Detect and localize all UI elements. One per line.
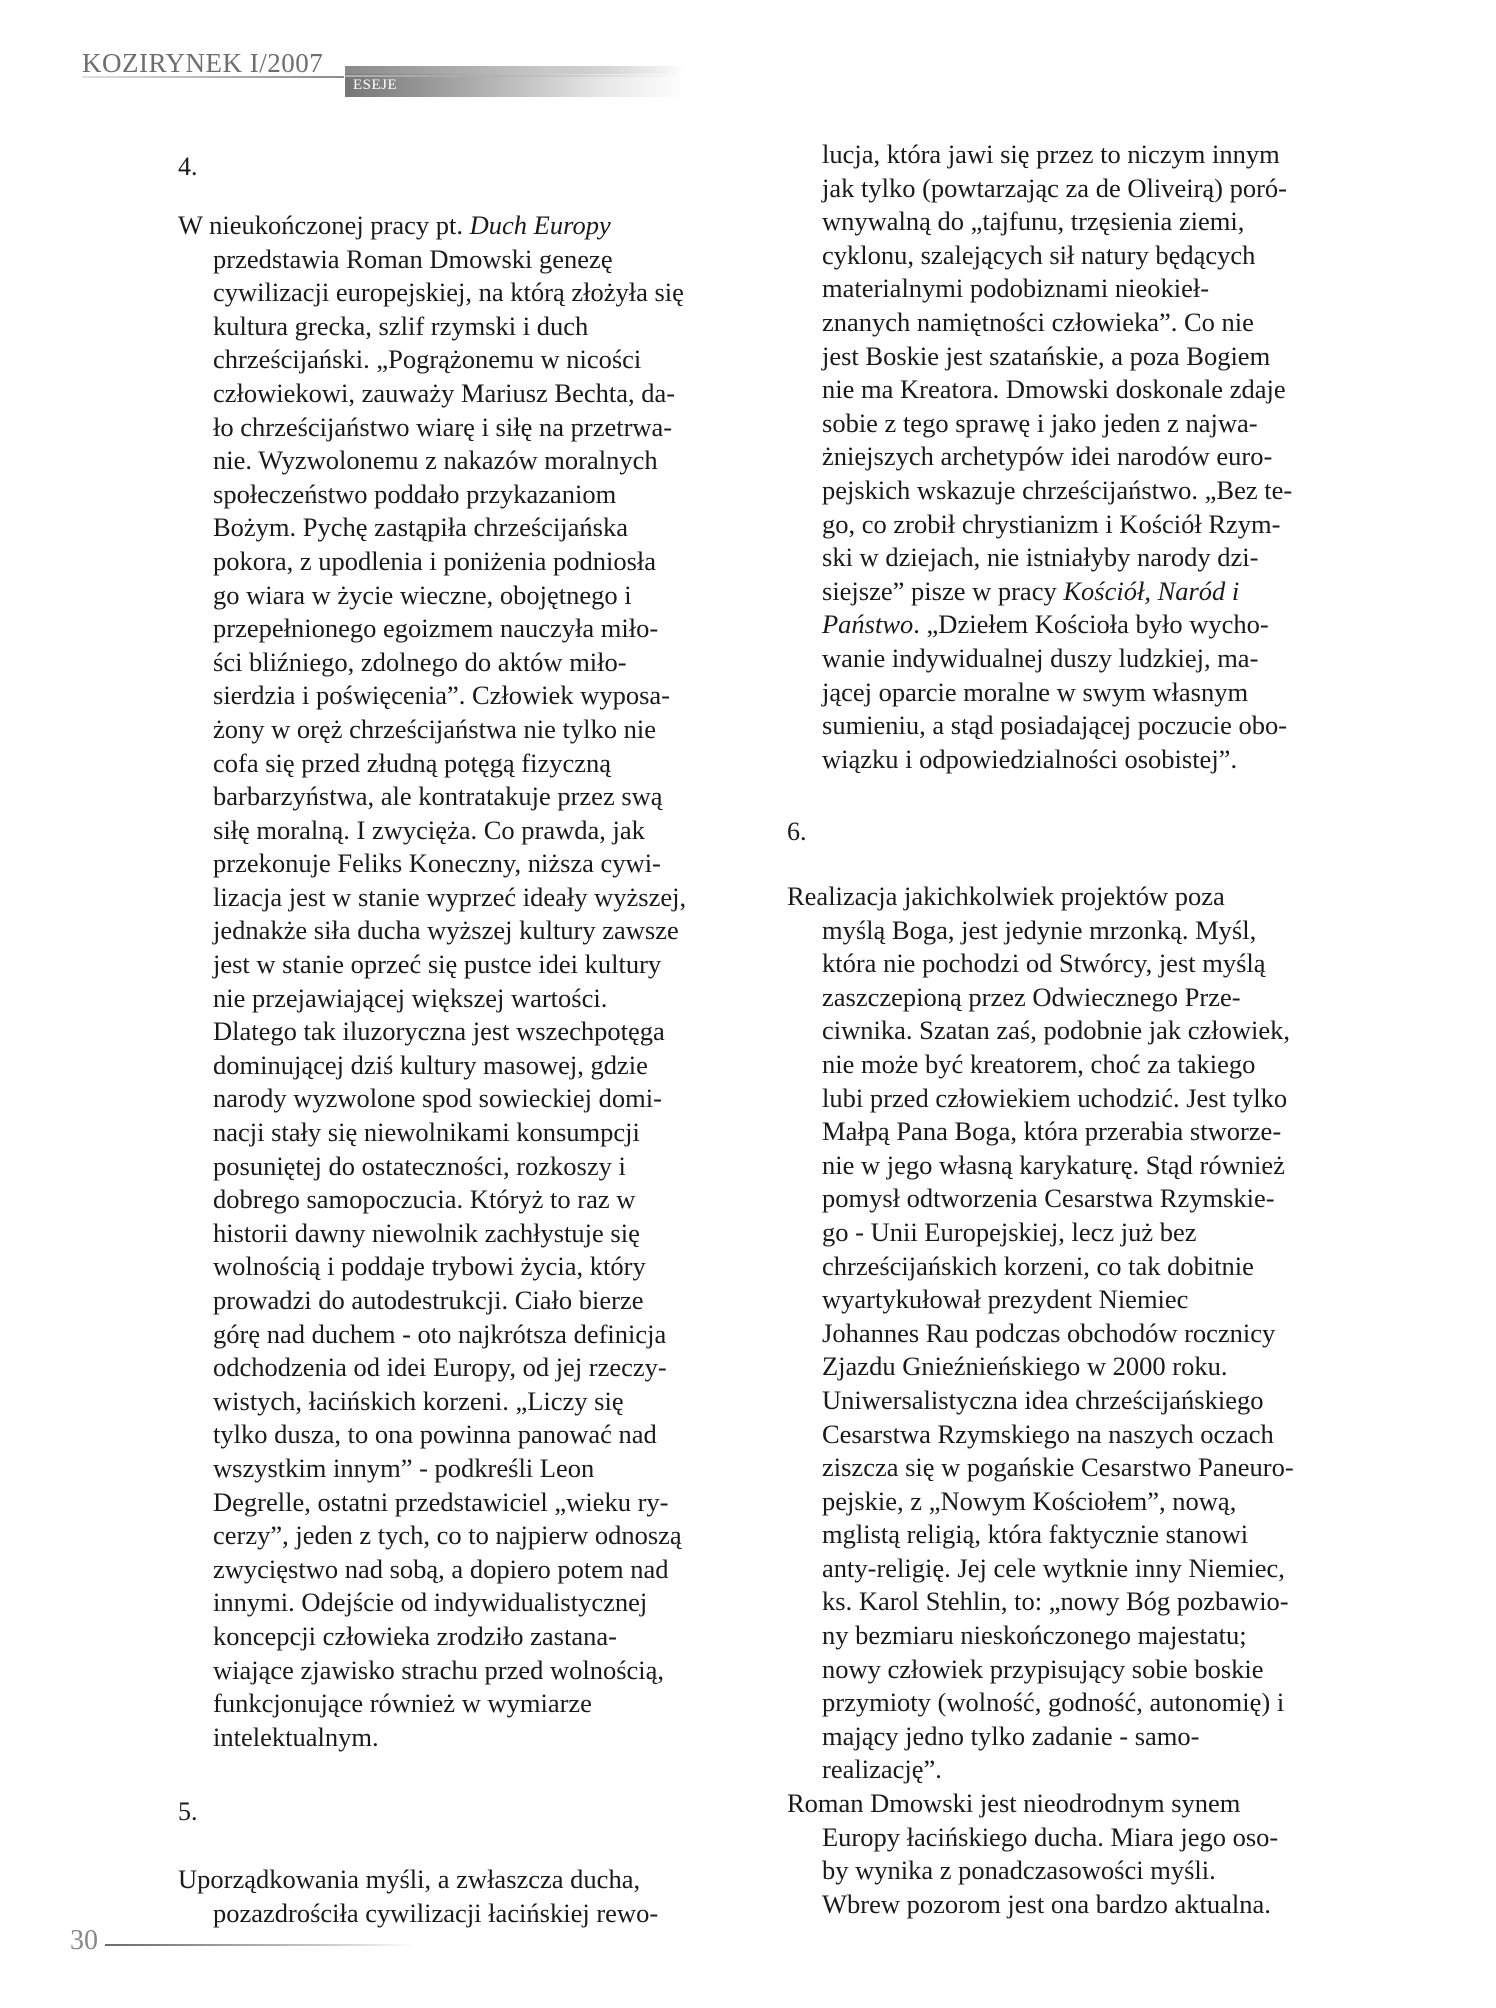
text-line: chrześcijańskich korzeni, co tak dobitni…	[787, 1250, 1294, 1284]
paragraph-dmowski-conclusion: Roman Dmowski jest nieodrodnym synemEuro…	[787, 1787, 1278, 1921]
text-line: wyartykułował prezydent Niemiec	[787, 1283, 1294, 1317]
text-line: Zjazdu Gnieźnieńskiego w 2000 roku.	[787, 1350, 1294, 1384]
paragraph-dmowski-duch-europy: W nieukończonej pracy pt. Duch Europy pr…	[178, 209, 686, 1754]
text-line: Państwo. „Dziełem Kościoła było wycho-	[787, 608, 1292, 642]
text-line: tylko dusza, to ona powinna panować nad	[178, 1418, 686, 1452]
text-line: go, co zrobił chrystianizm i Kościół Rzy…	[787, 508, 1292, 542]
text-line: wistych, łacińskich korzeni. „Liczy się	[178, 1385, 686, 1419]
text-line: nacji stały się niewolnikami konsumpcji	[178, 1116, 686, 1150]
text-line: żony w oręż chrześcijaństwa nie tylko ni…	[178, 713, 686, 747]
section-banner: ESEJE	[345, 66, 685, 97]
text-line: zwycięstwo nad sobą, a dopiero potem nad	[178, 1553, 686, 1587]
text-line: siejsze” pisze w pracy Kościół, Naród i	[787, 575, 1292, 609]
text-line: pejskich wskazuje chrześcijaństwo. „Bez …	[787, 474, 1292, 508]
text-line: sobie z tego sprawę i jako jeden z najwa…	[787, 407, 1292, 441]
text-line: pokora, z upodlenia i poniżenia podniosł…	[178, 545, 686, 579]
italic-title: Państwo	[822, 609, 913, 639]
text-line: ści bliźniego, zdolnego do aktów miło-	[178, 646, 686, 680]
text-line: żniejszych archetypów idei narodów euro-	[787, 440, 1292, 474]
magazine-masthead: KOZIRYNEK I/2007	[82, 48, 323, 78]
text-line: funkcjonujące również w wymiarze	[178, 1687, 686, 1721]
text-line: prowadzi do autodestrukcji. Ciało bierze	[178, 1284, 686, 1318]
text-line: sierdzia i poświęcenia”. Człowiek wyposa…	[178, 679, 686, 713]
text-line: Uporządkowania myśli, a zwłaszcza ducha,	[178, 1863, 658, 1897]
text-line: Dlatego tak iluzoryczna jest wszechpotęg…	[178, 1015, 686, 1049]
text-line: Uniwersalistyczna idea chrześcijańskiego	[787, 1384, 1294, 1418]
text-line: go wiara w życie wieczne, obojętnego i	[178, 579, 686, 613]
text-line: jednakże siła ducha wyższej kultury zaws…	[178, 914, 686, 948]
text-line: nowy człowiek przypisujący sobie boskie	[787, 1653, 1294, 1687]
text-line: wnywalną do „tajfunu, trzęsienia ziemi,	[787, 205, 1292, 239]
text-line: nie w jego własną karykaturę. Stąd równi…	[787, 1149, 1294, 1183]
text-line: jak tylko (powtarzając za de Oliveirą) p…	[787, 172, 1292, 206]
text-line: lucja, która jawi się przez to niczym in…	[787, 138, 1292, 172]
italic-title: Duch Europy	[470, 210, 611, 240]
text-line: Johannes Rau podczas obchodów rocznicy	[787, 1317, 1294, 1351]
text-line: ski w dziejach, nie istniałyby narody dz…	[787, 541, 1292, 575]
text-line: wiązku i odpowiedzialności osobistej”.	[787, 743, 1292, 777]
text-line: Bożym. Pychę zastąpiła chrześcijańska	[178, 511, 686, 545]
text-line: posuniętej do ostateczności, rozkoszy i	[178, 1150, 686, 1184]
text-line: ny bezmiaru nieskończonego majestatu;	[787, 1619, 1294, 1653]
text-line: nie może być kreatorem, choć za takiego	[787, 1048, 1294, 1082]
footer-rule	[105, 1944, 415, 1946]
text-line: wiające zjawisko strachu przed wolnością…	[178, 1654, 686, 1688]
text-line: człowiekowi, zauważy Mariusz Bechta, da-	[178, 377, 686, 411]
text-line: wanie indywidualnej duszy ludzkiej, ma-	[787, 642, 1292, 676]
text-line: lubi przed człowiekiem uchodzić. Jest ty…	[787, 1082, 1294, 1116]
text-line: cerzy”, jeden z tych, co to najpierw odn…	[178, 1519, 686, 1553]
text-line: anty-religię. Jej cele wytknie inny Niem…	[787, 1552, 1294, 1586]
text-line: przekonuje Feliks Koneczny, niższa cywi-	[178, 847, 686, 881]
text-line: Cesarstwa Rzymskiego na naszych oczach	[787, 1418, 1294, 1452]
text-line: dominującej dziś kultury masowej, gdzie	[178, 1049, 686, 1083]
paragraph-realizacja: Realizacja jakichkolwiek projektów pozam…	[787, 880, 1294, 1787]
text-line: barbarzyństwa, ale kontratakuje przez sw…	[178, 780, 686, 814]
section-label: ESEJE	[353, 77, 397, 94]
masthead-underline	[82, 76, 344, 78]
text-line: pomysł odtworzenia Cesarstwa Rzymskie-	[787, 1182, 1294, 1216]
text-line: Realizacja jakichkolwiek projektów poza	[787, 880, 1294, 914]
text-line: lizacja jest w stanie wyprzeć ideały wyż…	[178, 881, 686, 915]
text-line: koncepcji człowieka zrodziło zastana-	[178, 1620, 686, 1654]
banner-stripe	[345, 66, 685, 74]
text-line: górę nad duchem - oto najkrótsza definic…	[178, 1318, 686, 1352]
text-line: realizację”.	[787, 1753, 1294, 1787]
text-line: Roman Dmowski jest nieodrodnym synem	[787, 1787, 1278, 1821]
text-line: myślą Boga, jest jedynie mrzonką. Myśl,	[787, 914, 1294, 948]
text-line: Małpą Pana Boga, która przerabia stworze…	[787, 1115, 1294, 1149]
text-line: go - Unii Europejskiej, lecz już bez	[787, 1216, 1294, 1250]
text-line: mglistą religią, która faktycznie stanow…	[787, 1518, 1294, 1552]
text-line: innymi. Odejście od indywidualistycznej	[178, 1586, 686, 1620]
text-line: ziszcza się w pogańskie Cesarstwo Paneur…	[787, 1451, 1294, 1485]
text-run: . „Dziełem Kościoła było wycho-	[913, 609, 1268, 639]
section-number-4: 4.	[178, 150, 198, 184]
text-line: Europy łacińskiego ducha. Miara jego oso…	[787, 1821, 1278, 1855]
text-run: W nieukończonej pracy pt.	[178, 210, 470, 240]
text-line: nie ma Kreatora. Dmowski doskonale zdaje	[787, 373, 1292, 407]
text-line: ciwnika. Szatan zaś, podobnie jak człowi…	[787, 1014, 1294, 1048]
text-line: siłę moralną. I zwycięża. Co prawda, jak	[178, 814, 686, 848]
text-line: ks. Karol Stehlin, to: „nowy Bóg pozbawi…	[787, 1585, 1294, 1619]
italic-title: Kościół, Naród i	[1063, 576, 1239, 606]
text-line: wszystkim innym” - podkreśli Leon	[178, 1452, 686, 1486]
text-line: przedstawia Roman Dmowski genezę	[178, 243, 686, 277]
text-line: nie przejawiającej większej wartości.	[178, 982, 686, 1016]
section-number-6: 6.	[787, 815, 807, 849]
text-line: cywilizacji europejskiej, na którą złoży…	[178, 276, 686, 310]
text-line: przymioty (wolność, godność, autonomię) …	[787, 1686, 1294, 1720]
text-line: przepełnionego egoizmem nauczyła miło-	[178, 612, 686, 646]
text-line: która nie pochodzi od Stwórcy, jest myśl…	[787, 947, 1294, 981]
text-line: nie. Wyzwolonemu z nakazów moralnych	[178, 444, 686, 478]
text-line: W nieukończonej pracy pt. Duch Europy	[178, 209, 686, 243]
text-line: społeczeństwo poddało przykazaniom	[178, 478, 686, 512]
text-line: kultura grecka, szlif rzymski i duch	[178, 310, 686, 344]
text-line: Wbrew pozorom jest ona bardzo aktualna.	[787, 1888, 1278, 1922]
magazine-issue: I/2007	[250, 48, 324, 78]
text-line: wolnością i poddaje trybowi życia, który	[178, 1250, 686, 1284]
text-line: mający jedno tylko zadanie - samo-	[787, 1720, 1294, 1754]
text-line: cofa się przed złudną potęgą fizyczną	[178, 747, 686, 781]
text-line: odchodzenia od idei Europy, od jej rzecz…	[178, 1351, 686, 1385]
text-line: pejskie, z „Nowym Kościołem”, nową,	[787, 1485, 1294, 1519]
text-line: by wynika z ponadczasowości myśli.	[787, 1854, 1278, 1888]
text-line: zaszczepioną przez Odwiecznego Prze-	[787, 981, 1294, 1015]
paragraph-uporzadkowania: Uporządkowania myśli, a zwłaszcza ducha,…	[178, 1863, 658, 1930]
text-line: intelektualnym.	[178, 1721, 686, 1755]
section-number-5: 5.	[178, 1795, 198, 1829]
text-line: historii dawny niewolnik zachłystuje się	[178, 1217, 686, 1251]
text-line: znanych namiętności człowieka”. Co nie	[787, 306, 1292, 340]
text-line: materialnymi podobiznami nieokieł-	[787, 272, 1292, 306]
text-line: narody wyzwolone spod sowieckiej domi-	[178, 1082, 686, 1116]
page-number: 30	[70, 1925, 98, 1957]
magazine-title: KOZIRYNEK	[82, 48, 243, 78]
text-line: pozazdrościła cywilizacji łacińskiej rew…	[178, 1897, 658, 1931]
text-line: chrześcijański. „Pogrążonemu w nicości	[178, 343, 686, 377]
paragraph-rewolucja-cont: lucja, która jawi się przez to niczym in…	[787, 138, 1292, 776]
text-line: cyklonu, szalejących sił natury będących	[787, 239, 1292, 273]
text-run: siejsze” pisze w pracy	[822, 576, 1063, 606]
text-line: jest Boskie jest szatańskie, a poza Bogi…	[787, 340, 1292, 374]
text-line: dobrego samopoczucia. Któryż to raz w	[178, 1183, 686, 1217]
text-line: jącej oparcie moralne w swym własnym	[787, 676, 1292, 710]
text-line: Degrelle, ostatni przedstawiciel „wieku …	[178, 1486, 686, 1520]
text-line: ło chrześcijaństwo wiarę i siłę na przet…	[178, 411, 686, 445]
text-line: jest w stanie oprzeć się pustce idei kul…	[178, 948, 686, 982]
text-line: sumieniu, a stąd posiadającej poczucie o…	[787, 709, 1292, 743]
